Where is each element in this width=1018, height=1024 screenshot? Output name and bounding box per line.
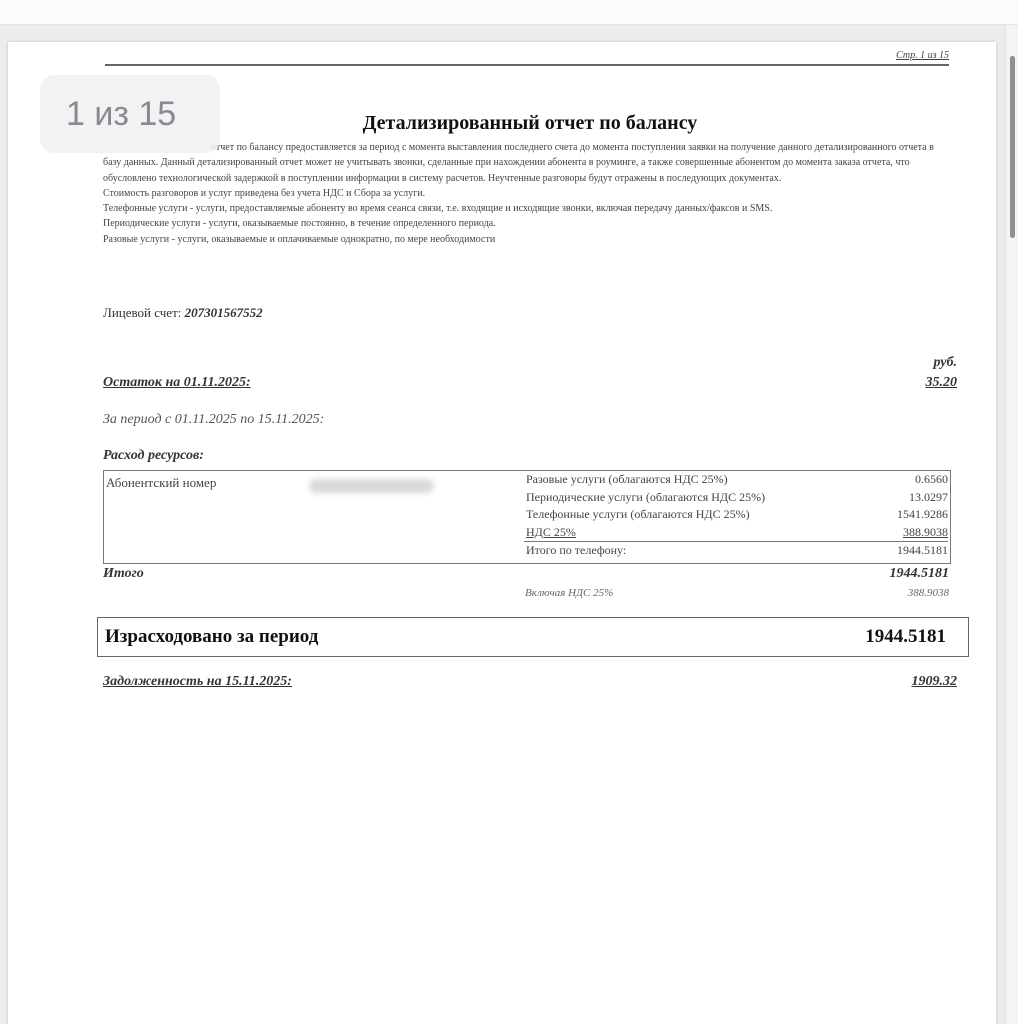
total-row: Итого 1944.5181 [103, 566, 949, 582]
spent-for-period-box: Израсходовано за период 1944.5181 [97, 617, 969, 657]
including-vat-label: Включая НДС 25% [525, 587, 613, 599]
resources-title: Расход ресурсов: [103, 448, 204, 464]
including-vat-row: Включая НДС 25% 388.9038 [525, 587, 949, 599]
subscriber-label: Абонентский номер [106, 475, 216, 491]
viewer-toolbar [0, 0, 1018, 25]
spent-value: 1944.5181 [865, 626, 946, 648]
report-intro: отчет по балансу предоставляется за пери… [103, 140, 953, 247]
debt-label: Задолженность на 15.11.2025: [103, 674, 292, 689]
opening-balance-value: 35.20 [926, 375, 958, 391]
intro-paragraph: Стоимость разговоров и услуг приведена б… [103, 186, 953, 201]
page-indicator: 1 из 15 [40, 75, 220, 153]
account-label: Лицевой счет: [103, 305, 181, 320]
charge-row: Итого по телефону: 1944.5181 [524, 542, 948, 560]
intro-paragraph: Периодические услуги - услуги, оказываем… [103, 216, 953, 231]
charge-row: Разовые услуги (облагаются НДС 25%) 0.65… [524, 471, 948, 489]
charges-list: Разовые услуги (облагаются НДС 25%) 0.65… [524, 471, 948, 560]
total-label: Итого [103, 566, 144, 581]
charge-value: 1944.5181 [897, 542, 948, 560]
charge-label: НДС 25% [526, 524, 576, 542]
debt-value: 1909.32 [912, 674, 958, 690]
account-number: 207301567552 [185, 305, 263, 320]
intro-paragraph: Разовые услуги - услуги, оказываемые и о… [103, 232, 953, 247]
header-rule [105, 64, 949, 66]
redacted-phone-number [309, 479, 434, 493]
charge-value: 0.6560 [915, 471, 948, 489]
spent-label: Израсходовано за период [105, 626, 318, 648]
period-label: За период с 01.11.2025 по 15.11.2025: [103, 412, 324, 428]
total-value: 1944.5181 [890, 566, 950, 582]
charge-label: Телефонные услуги (облагаются НДС 25%) [526, 506, 750, 524]
opening-balance-row: Остаток на 01.11.2025: 35.20 [103, 375, 957, 391]
charge-row: НДС 25% 388.9038 [524, 524, 948, 543]
charge-label: Итого по телефону: [526, 542, 626, 560]
intro-paragraph: отчет по балансу предоставляется за пери… [103, 140, 953, 186]
currency-label: руб. [933, 355, 957, 371]
charge-label: Периодические услуги (облагаются НДС 25%… [526, 489, 765, 507]
charge-value: 13.0297 [909, 489, 948, 507]
intro-paragraph: Телефонные услуги - услуги, предоставляе… [103, 201, 953, 216]
resources-table: Абонентский номер Разовые услуги (облага… [103, 470, 951, 564]
charge-row: Телефонные услуги (облагаются НДС 25%) 1… [524, 506, 948, 524]
including-vat-value: 388.9038 [908, 587, 949, 599]
debt-row: Задолженность на 15.11.2025: 1909.32 [103, 674, 957, 690]
vertical-scrollbar[interactable] [1005, 25, 1018, 1024]
scroll-thumb[interactable] [1010, 56, 1015, 238]
charge-row: Периодические услуги (облагаются НДС 25%… [524, 489, 948, 507]
charge-label: Разовые услуги (облагаются НДС 25%) [526, 471, 728, 489]
opening-balance-label: Остаток на 01.11.2025: [103, 375, 251, 390]
account-line: Лицевой счет: 207301567552 [103, 305, 263, 321]
header-page-number: Стр. 1 из 15 [896, 50, 949, 61]
charge-value: 1541.9286 [897, 506, 948, 524]
charge-value: 388.9038 [903, 524, 948, 542]
